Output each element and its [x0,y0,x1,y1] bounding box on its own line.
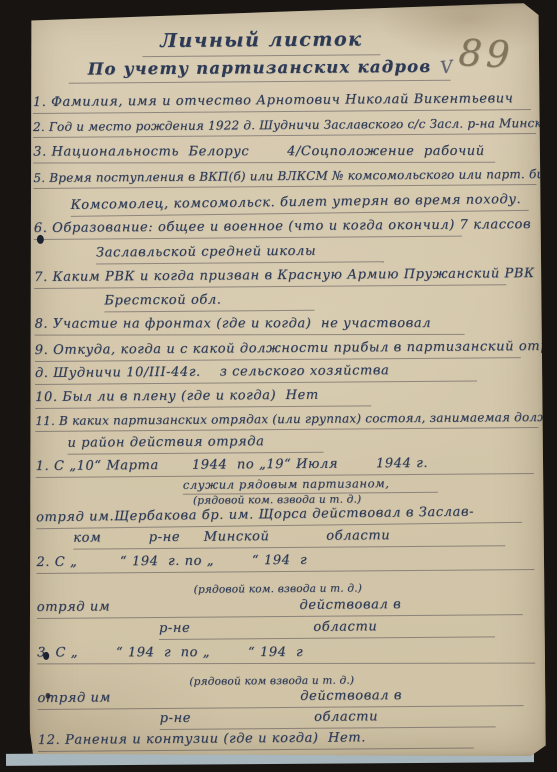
field-education: 6. Образование: общее и военное (что и к… [34,218,462,241]
field-pow: 10. Был ли в плену (где и когда) Нет [35,387,371,409]
field-drafted-by: 7. Каким РВК и когда призван в Красную А… [34,266,506,289]
field-arrival-label: 9. Откуда, когда и с какой должности при… [35,339,521,362]
field-partisan-units-label: 11. В каких партизанских отрядах (или гр… [35,410,538,432]
field-front-participation: 8. Участие на фронтах (где и когда) не у… [35,316,465,336]
field-party-entry-label: 5. Время поступления в ВКП(б) или ВЛКСМ … [33,167,536,189]
field-full-name: 1. Фамилия, имя и отчество Арнотович Ник… [33,91,531,114]
field-birth-year-place: 2. Год и место рождения 1922 д. Шудничи … [33,116,536,138]
field-drafted-region: Брестской обл. [104,292,314,313]
field-arrival-value: д. Шудничи 10/III-44г. з сельского хозяй… [35,362,477,385]
document-title-text: Личный листок [160,28,362,52]
service-period-2-area: р-не области [159,618,495,640]
field-education-school: Заславльской средней школы [96,243,384,265]
document-subtitle-text: По учету партизанских кадров [88,57,432,79]
service-period-2-dates: 2. С „ “ 194 г. по „ “ 194 г [36,551,534,574]
field-party-entry-value: Комсомолец, комсомольск. билет утерян во… [71,192,529,217]
service-period-1-dates: 1. С „10“ Марта 1944 по „19“ Июля 1944 г… [36,455,534,478]
document-subtitle: По учету партизанских кадров [68,57,450,84]
service-period-3-unit: отряд им действовал в [37,687,523,710]
field-partisan-units-label-cont: и район действия отряда [67,434,323,455]
field-wounds: 12. Ранения и контузии (где и когда) Нет… [38,730,474,753]
ink-blot [45,693,50,699]
scanned-document: Личный листок По учету партизанских кадр… [0,0,557,772]
page-number: 89 [457,30,514,81]
document-title: Личный листок [142,28,380,57]
ink-blot [37,235,44,244]
paper-sheet: Личный листок По учету партизанских кадр… [24,3,546,760]
field-nationality-social: 3. Национальность Белорус 4/Соцположение… [33,144,495,164]
service-period-3-dates: 3. С „ “ 194 г по „ “ 194 г [37,645,535,665]
service-period-1-area: ком р-не Минской области [73,527,505,550]
check-mark: V [439,57,454,82]
ink-blot [43,652,49,660]
service-period-2-unit: отряд им действовал в [37,596,523,619]
service-period-3-area: р-не области [160,708,496,730]
service-period-1-unit: отряд им.Щербакова бр. им. Щорса действо… [36,504,522,530]
